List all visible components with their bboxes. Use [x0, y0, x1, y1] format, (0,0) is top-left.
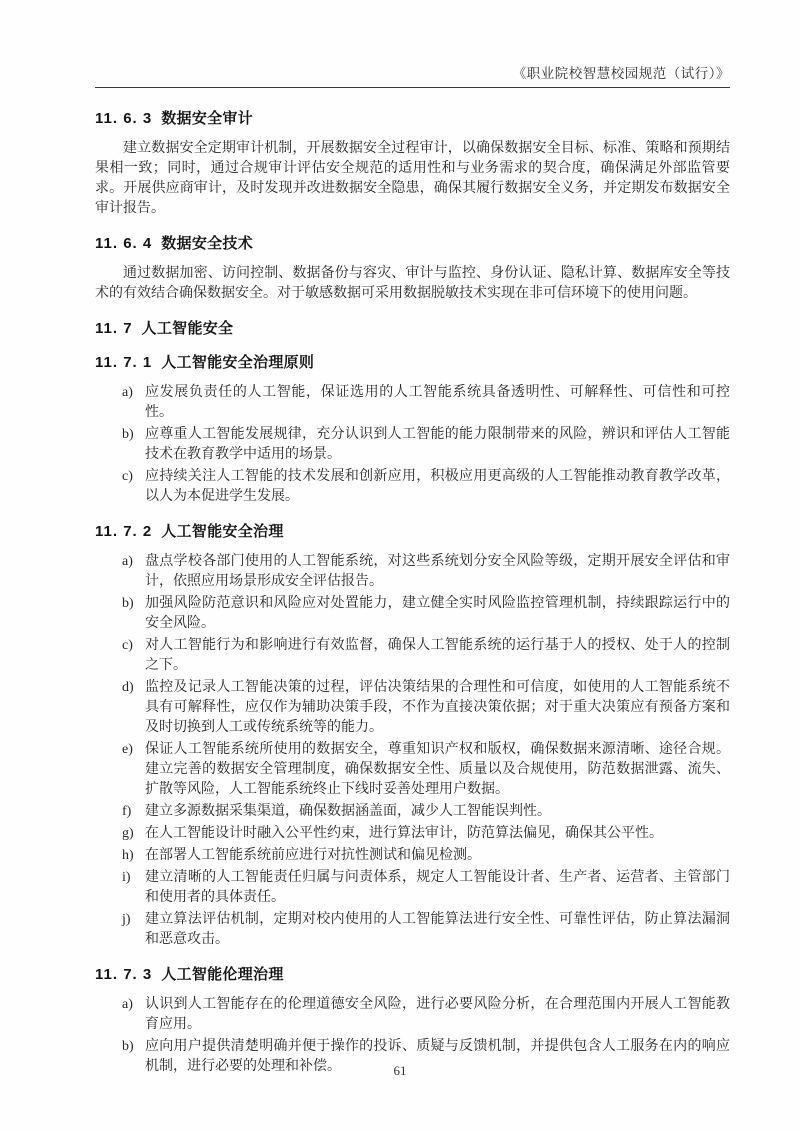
section-number: 11. 6. 3: [95, 110, 152, 127]
list-item-text: 保证人工智能系统所使用的数据安全，尊重知识产权和版权，确保数据来源清晰、途径合规…: [145, 740, 730, 800]
section-paragraph-11-6-4: 通过数据加密、访问控制、数据备份与容灾、审计与监控、身份认证、隐私计算、数据库安…: [95, 264, 730, 304]
list-item: a) 盘点学校各部门使用的人工智能系统，对这些系统划分安全风险等级，定期开展安全…: [122, 552, 730, 592]
list-item-text: 建立算法评估机制，定期对校内使用的人工智能算法进行安全性、可靠性评估，防止算法漏…: [145, 910, 730, 950]
document-page: 《职业院校智慧校园规范（试行）》 11. 6. 3数据安全审计 建立数据安全定期…: [0, 0, 800, 1131]
list-item: c) 应持续关注人工智能的技术发展和创新应用，积极应用更高级的人工智能推动教育教…: [122, 467, 730, 507]
document-content: 11. 6. 3数据安全审计 建立数据安全定期审计机制，开展数据安全过程审计，以…: [95, 94, 730, 1081]
section-heading-11-7-2: 11. 7. 2人工智能安全治理: [95, 520, 730, 541]
list-item: f) 建立多源数据采集渠道，确保数据涵盖面，减少人工智能误判性。: [122, 802, 730, 822]
section-title: 数据安全技术: [161, 235, 253, 252]
section-heading-11-7-1: 11. 7. 1人工智能安全治理原则: [95, 351, 730, 372]
list-item: g) 在人工智能设计时融入公平性约束，进行算法审计，防范算法偏见，确保其公平性。: [122, 824, 730, 844]
section-heading-11-7: 11. 7人工智能安全: [95, 317, 730, 338]
list-item-text: 监控及记录人工智能决策的过程，评估决策结果的合理性和可信度，如使用的人工智能系统…: [145, 678, 730, 738]
list-item-text: 在部署人工智能系统前应进行对抗性测试和偏见检测。: [145, 846, 730, 866]
section-title: 人工智能伦理治理: [161, 966, 283, 983]
list-item: i) 建立清晰的人工智能责任归属与问责体系，规定人工智能设计者、生产者、运营者、…: [122, 868, 730, 908]
list-item: e) 保证人工智能系统所使用的数据安全，尊重知识产权和版权，确保数据来源清晰、途…: [122, 740, 730, 800]
list-item-label: i): [122, 868, 145, 908]
list-item: b) 加强风险防范意识和风险应对处置能力，建立健全实时风险监控管理机制，持续跟踪…: [122, 594, 730, 634]
list-item: j) 建立算法评估机制，定期对校内使用的人工智能算法进行安全性、可靠性评估，防止…: [122, 910, 730, 950]
list-item-label: e): [122, 740, 145, 800]
section-title: 人工智能安全: [142, 320, 234, 337]
list-item-label: a): [122, 383, 145, 423]
list-item-label: a): [122, 995, 145, 1035]
list-item-text: 加强风险防范意识和风险应对处置能力，建立健全实时风险监控管理机制，持续跟踪运行中…: [145, 594, 730, 634]
list-item: b) 应尊重人工智能发展规律，充分认识到人工智能的能力限制带来的风险，辨识和评估…: [122, 425, 730, 465]
section-heading-11-7-3: 11. 7. 3人工智能伦理治理: [95, 963, 730, 984]
list-item-text: 应持续关注人工智能的技术发展和创新应用，积极应用更高级的人工智能推动教育教学改革…: [145, 467, 730, 507]
list-item-text: 建立清晰的人工智能责任归属与问责体系，规定人工智能设计者、生产者、运营者、主管部…: [145, 868, 730, 908]
section-title: 数据安全审计: [161, 110, 253, 127]
list-item-label: d): [122, 678, 145, 738]
list-item: c) 对人工智能行为和影响进行有效监督，确保人工智能系统的运行基于人的授权、处于…: [122, 636, 730, 676]
list-item-text: 认识到人工智能存在的伦理道德安全风险，进行必要风险分析，在合理范围内开展人工智能…: [145, 995, 730, 1035]
header-title: 《职业院校智慧校园规范（试行）》: [513, 66, 730, 81]
section-number: 11. 7: [95, 320, 133, 337]
section-paragraph-11-6-3: 建立数据安全定期审计机制，开展数据安全过程审计，以确保数据安全目标、标准、策略和…: [95, 139, 730, 219]
list-item-label: c): [122, 636, 145, 676]
list-item-label: c): [122, 467, 145, 507]
list-11-7-2: a) 盘点学校各部门使用的人工智能系统，对这些系统划分安全风险等级，定期开展安全…: [95, 552, 730, 950]
list-item-label: b): [122, 425, 145, 465]
page-header: 《职业院校智慧校园规范（试行）》: [95, 62, 730, 88]
section-heading-11-6-3: 11. 6. 3数据安全审计: [95, 107, 730, 128]
section-number: 11. 7. 1: [95, 354, 152, 371]
section-number: 11. 6. 4: [95, 235, 152, 252]
list-item-label: g): [122, 824, 145, 844]
section-title: 人工智能安全治理: [161, 523, 283, 540]
list-11-7-1: a) 应发展负责任的人工智能，保证选用的人工智能系统具备透明性、可解释性、可信性…: [95, 383, 730, 507]
section-heading-11-6-4: 11. 6. 4数据安全技术: [95, 232, 730, 253]
section-number: 11. 7. 3: [95, 966, 152, 983]
list-item-label: f): [122, 802, 145, 822]
list-item: h) 在部署人工智能系统前应进行对抗性测试和偏见检测。: [122, 846, 730, 866]
list-item-text: 建立多源数据采集渠道，确保数据涵盖面，减少人工智能误判性。: [145, 802, 730, 822]
page-number: 61: [394, 1063, 407, 1078]
list-item-text: 应发展负责任的人工智能，保证选用的人工智能系统具备透明性、可解释性、可信性和可控…: [145, 383, 730, 423]
section-title: 人工智能安全治理原则: [161, 354, 314, 371]
list-item-text: 盘点学校各部门使用的人工智能系统，对这些系统划分安全风险等级，定期开展安全评估和…: [145, 552, 730, 592]
list-item-label: j): [122, 910, 145, 950]
list-item-text: 在人工智能设计时融入公平性约束，进行算法审计，防范算法偏见，确保其公平性。: [145, 824, 730, 844]
list-item: d) 监控及记录人工智能决策的过程，评估决策结果的合理性和可信度，如使用的人工智…: [122, 678, 730, 738]
list-item-text: 对人工智能行为和影响进行有效监督，确保人工智能系统的运行基于人的授权、处于人的控…: [145, 636, 730, 676]
list-item-label: a): [122, 552, 145, 592]
list-item: a) 应发展负责任的人工智能，保证选用的人工智能系统具备透明性、可解释性、可信性…: [122, 383, 730, 423]
list-item: a) 认识到人工智能存在的伦理道德安全风险，进行必要风险分析，在合理范围内开展人…: [122, 995, 730, 1035]
section-number: 11. 7. 2: [95, 523, 152, 540]
page-footer: 61: [0, 1063, 800, 1079]
list-item-text: 应尊重人工智能发展规律，充分认识到人工智能的能力限制带来的风险，辨识和评估人工智…: [145, 425, 730, 465]
list-item-label: b): [122, 594, 145, 634]
list-item-label: h): [122, 846, 145, 866]
